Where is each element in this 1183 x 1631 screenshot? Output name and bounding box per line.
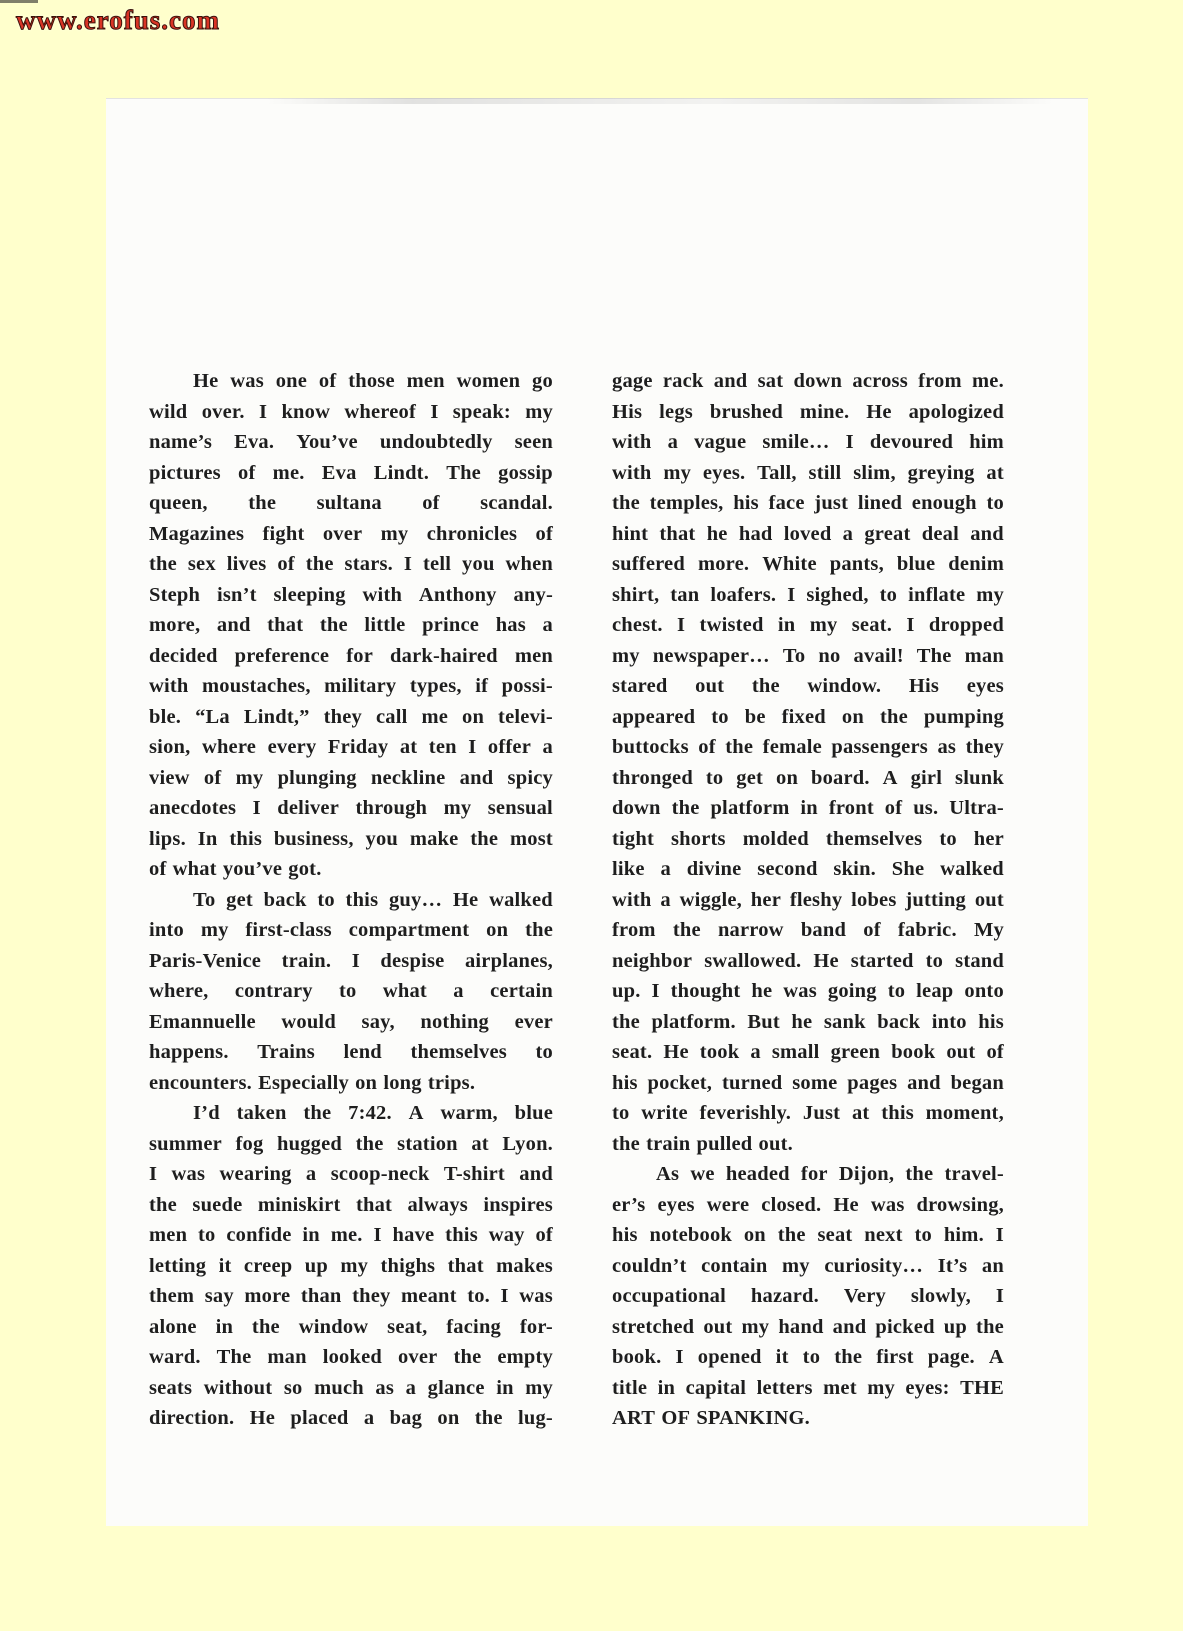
word: lives [227,553,267,576]
word: seen [515,431,553,454]
word: er’s [612,1194,645,1217]
word: he [791,1011,812,1034]
word: thronged [612,767,693,790]
word: twisted [700,614,764,637]
word: I [259,401,267,424]
word: denim [948,553,1004,576]
word: confide [226,1224,291,1247]
word: miniskirt [258,1194,341,1217]
word: Lindt,” [244,706,310,729]
word: fight [263,523,305,546]
word: board. [811,767,870,790]
word: out [975,889,1004,912]
word: to. [467,1285,490,1308]
word: seat. [612,1041,652,1064]
scanner-edge-artifact [0,0,38,3]
word: He [250,1407,275,1430]
word: pictures [149,462,221,485]
word: encounters. [149,1072,252,1095]
word: got. [288,858,321,881]
word: out [946,1041,975,1064]
word: say [205,1285,234,1308]
word: and [970,523,1004,546]
word: He [663,1041,688,1064]
word: first-class [245,919,331,942]
word: ten [429,736,457,759]
word: Steph [149,584,200,607]
word: than [301,1285,342,1308]
word: The [446,462,481,485]
text-line: theplatform.Buthesankbackintohis [612,1011,1004,1042]
word: on [776,767,798,790]
word: one [276,370,307,393]
word: his [733,492,759,515]
word: to [317,889,334,912]
word: his [612,1072,638,1095]
word: temples, [650,492,724,515]
word: get [226,889,253,912]
text-line: Emannuellewouldsay,nothingever [149,1011,553,1042]
word: my [525,1377,553,1400]
word: my [976,584,1004,607]
word: narrow [718,919,784,942]
word: the [320,614,348,637]
word: the [834,1346,862,1369]
word: platform. [651,1011,735,1034]
word: my [663,462,691,485]
word: some [792,1072,837,1095]
word: I [996,1224,1004,1247]
text-line: Togetbacktothisguy…Hewalked [149,889,553,920]
word: possi- [502,675,553,698]
text-line: anecdotesIdeliverthroughmysensual [149,797,553,828]
word: tight [612,828,654,851]
word: my [340,1255,368,1278]
word: smile… [762,431,829,454]
word: He [813,950,838,973]
text-line: sion,whereeveryFridayattenIoffera [149,736,553,767]
word: lobes [851,889,896,912]
text-line: lettingitcreepupmythighsthatmakes [149,1255,553,1286]
word: stars. [345,553,393,576]
word: loved [784,523,832,546]
word: at [986,462,1003,485]
text-line: staredoutthewindow.Hiseyes [612,675,1004,706]
word: train. [282,950,332,973]
word: I [253,797,261,820]
word: hazard. [751,1285,819,1308]
text-line: more,andthatthelittleprincehasa [149,614,553,645]
word: girl [911,767,943,790]
word: to [939,828,956,851]
word: onto [964,980,1004,1003]
word: contrary [235,980,313,1003]
word: wearing [220,1163,292,1186]
word: station [397,1133,458,1156]
word: my [381,523,409,546]
text-line: summerfoghuggedthestationatLyon. [149,1133,553,1164]
word: “La [195,706,230,729]
word: across [852,370,907,393]
word: White [762,553,817,576]
word: sat [758,370,784,393]
word: like [612,858,645,881]
word: into [932,1011,967,1034]
word: ART [612,1407,655,1430]
word: you’ve [223,858,282,881]
word: dropped [929,614,1004,637]
word: always [408,1194,468,1217]
text-line: decidedpreferencefordark-hairedmen [149,645,553,676]
word: swallowed. [704,950,801,973]
word: of [885,797,902,820]
word: the [725,736,753,759]
word: what [383,980,427,1003]
word: the [149,1194,177,1217]
word: wild [149,401,187,424]
word: and [217,614,251,637]
word: on [462,706,484,729]
word: guy… [389,889,442,912]
word: over. [202,401,245,424]
word: in [658,1377,676,1400]
word: of [863,919,880,942]
word: stretched [612,1316,694,1339]
word: anecdotes [149,797,236,820]
word: the [475,1407,503,1430]
word: avail! [854,645,904,668]
word: a [306,1163,316,1186]
word: slunk [955,767,1004,790]
text-line: sufferedmore.Whitepants,bluedenim [612,553,1004,584]
word: have [393,1224,435,1247]
word: His [909,675,939,698]
word: of [422,492,439,515]
word: of [698,736,715,759]
word: SPANKING. [696,1407,810,1430]
word: me. [972,370,1004,393]
word: occupational [612,1285,726,1308]
word: Lindt. [374,462,429,485]
word: was [230,370,264,393]
word: be [745,706,766,729]
word: to [535,1041,552,1064]
text-line: mentoconfideinme.Ihavethiswayof [149,1224,553,1255]
word: drowsing, [917,1194,1004,1217]
text-line: picturesofme.EvaLindt.Thegossip [149,462,553,493]
word: into [149,919,184,942]
word: Tall, [757,462,797,485]
text-line: seat.Hetookasmallgreenbookoutof [612,1041,1004,1072]
text-line: wildover.IknowwhereofIspeak:my [149,401,553,432]
text-line: Hislegsbrushedmine.Heapologized [612,401,1004,432]
word: back [264,889,307,912]
word: sank [824,1011,866,1034]
word: thighs [380,1255,435,1278]
word: them [149,1285,194,1308]
word: as [937,736,956,759]
word: deliver [277,797,339,820]
word: lips. [149,828,186,851]
word: they [324,706,362,729]
text-line: ARTOFSPANKING. [612,1407,1004,1438]
word: Anthony [419,584,497,607]
word: inspires [483,1194,553,1217]
word: sex [188,553,216,576]
word: travel- [945,1163,1004,1186]
word: that [267,614,303,637]
word: devoured [870,431,953,454]
word: 7:42. [348,1102,392,1125]
text-line: Paris-Venicetrain.Idespiseairplanes, [149,950,553,981]
word: fabric. [898,919,957,942]
word: The [917,645,952,668]
word: bag [390,1407,423,1430]
text-line: hisnotebookontheseatnexttohim.I [612,1224,1004,1255]
text-line: seatswithoutsomuchasaglanceinmy [149,1377,553,1408]
word: my [742,1316,770,1339]
word: Emannuelle [149,1011,256,1034]
text-line: fromthenarrowbandoffabric.My [612,919,1004,950]
word: enough [912,492,977,515]
word: vague [694,431,746,454]
word: met [823,1377,857,1400]
word: Eva [322,462,357,485]
word: passengers [831,736,928,759]
word: As [656,1163,679,1186]
word: the [672,797,700,820]
word: of [238,462,255,485]
word: rack [663,370,704,393]
word: the [149,553,177,576]
word: I [404,553,412,576]
word: my [236,767,264,790]
word: Ultra- [949,797,1004,820]
word: placed [290,1407,348,1430]
word: this [229,828,262,851]
word: the [778,1224,806,1247]
word: still [809,462,842,485]
word: through [355,797,427,820]
word: jutting [905,889,966,912]
word: women [457,370,521,393]
word: His [612,401,642,424]
word: band [801,919,846,942]
word: out. [759,1133,793,1156]
text-line: thesexlivesofthestars.Itellyouwhen [149,553,553,584]
word: T-shirt [444,1163,505,1186]
word: the [248,492,276,515]
word: themselves [410,1041,507,1064]
text-line: Stephisn’tsleepingwithAnthonyany- [149,584,553,615]
word: capital [686,1377,747,1400]
word: I [352,950,360,973]
word: female [763,736,822,759]
word: man [267,1346,306,1369]
word: letting [149,1255,206,1278]
word: to [706,767,723,790]
word: my [444,797,472,820]
word: him [969,431,1004,454]
word: get [736,767,763,790]
word: slowly, [911,1285,971,1308]
word: on [486,919,508,942]
word: curiosity… [824,1255,923,1278]
word: was [871,1194,905,1217]
word: fleshy [790,889,842,912]
word: at [852,1102,869,1125]
word: I [373,1224,381,1247]
text-line: queen,thesultanaofscandal. [149,492,553,523]
word: to [880,584,897,607]
text-line: withavaguesmile…Idevouredhim [612,431,1004,462]
word: He [866,401,891,424]
word: for- [520,1316,553,1339]
word: apologized [909,401,1004,424]
word: back [877,1011,920,1034]
word: up. [612,980,641,1003]
word: a [660,889,670,912]
text-line: intomyfirst-classcompartmentonthe [149,919,553,950]
word: that [356,1194,392,1217]
word: scoop-neck [331,1163,430,1186]
word: a [843,523,853,546]
word: a [364,1407,374,1430]
word: stand [955,950,1004,973]
text-line: encounters.Especiallyonlongtrips. [149,1072,553,1103]
word: more [244,1285,290,1308]
word: To [783,645,805,668]
word: Lyon. [502,1133,553,1156]
word: and [907,1072,941,1095]
word: I [787,584,795,607]
text-column-left: Hewasoneofthosemenwomengowildover.Iknoww… [149,370,553,1438]
word: going [828,980,877,1003]
word: the [303,1102,331,1125]
word: was [783,980,817,1003]
word: over [323,523,363,546]
word: had [739,523,773,546]
word: we [690,1163,714,1186]
word: out [695,675,724,698]
word: moustaches, [202,675,311,698]
word: ward. [149,1346,201,1369]
word: dark-haired [390,645,498,668]
word: In [198,828,218,851]
word: skin. [833,858,876,881]
word: long [383,1072,421,1095]
word: view [149,767,190,790]
word: I [652,980,660,1003]
word: empty [497,1346,553,1369]
word: sultana [317,492,382,515]
word: was [172,1163,206,1186]
text-line: neighborswallowed.Hestartedtostand [612,950,1004,981]
word: way [489,1224,525,1247]
word: with [363,584,403,607]
word: for [801,1163,828,1186]
word: molded [743,828,809,851]
word: an [982,1255,1004,1278]
text-line: thesuedeminiskirtthatalwaysinspires [149,1194,553,1225]
text-line: Magazinesfightovermychroniclesof [149,523,553,554]
word: suede [192,1194,242,1217]
word: leap [916,980,953,1003]
word: where, [149,980,208,1003]
word: the [453,1346,481,1369]
word: just [814,492,848,515]
word: man [965,645,1004,668]
word: in [800,797,818,820]
word: as [375,1377,394,1400]
book-page: Hewasoneofthosemenwomengowildover.Iknoww… [106,98,1088,1526]
word: to [612,1102,629,1125]
word: lend [344,1041,382,1064]
word: those [348,370,395,393]
word: blue [897,553,935,576]
word: my [867,1377,895,1400]
word: alone [149,1316,197,1339]
word: men [407,370,445,393]
word: of [986,1041,1003,1064]
word: to [915,1224,932,1247]
word: my [525,401,553,424]
word: couldn’t [612,1255,687,1278]
word: us. [913,797,938,820]
word: wiggle, [680,889,742,912]
text-line: shirt,tanloafers.Isighed,toinflatemy [612,584,1004,615]
word: know [281,401,330,424]
word: with [612,889,652,912]
word: My [974,919,1004,942]
word: Paris-Venice [149,950,261,973]
word: appeared [612,706,695,729]
word: I [996,1285,1004,1308]
word: title [612,1377,647,1400]
word: But [747,1011,780,1034]
text-line: withmyeyes.Tall,stillslim,greyingat [612,462,1004,493]
word: down [794,370,843,393]
word: pumping [924,706,1004,729]
word: contain [701,1255,767,1278]
word: certain [490,980,553,1003]
word: queen, [149,492,208,515]
word: headed [726,1163,790,1186]
word: walked [940,858,1004,881]
text-line: book.Iopenedittothefirstpage.A [612,1346,1004,1377]
word: hand [778,1316,823,1339]
word: Just [803,1102,840,1125]
word: more, [149,614,200,637]
text-line: withmoustaches,militarytypes,ifpossi- [149,675,553,706]
word: notebook [650,1224,732,1247]
word: the [356,1133,384,1156]
word: me. [331,1224,363,1247]
word: first [876,1346,913,1369]
word: hint [612,523,648,546]
word: happens. [149,1041,229,1064]
text-line: thetemples,hisfacejustlinedenoughto [612,492,1004,523]
word: they [352,1285,390,1308]
word: nothing [420,1011,489,1034]
word: legs [659,401,693,424]
word: ever [515,1011,553,1034]
word: it [219,1255,232,1278]
text-line: throngedtogetonboard.Agirlslunk [612,767,1004,798]
text-line: ble.“LaLindt,”theycallmeontelevi- [149,706,553,737]
word: a [406,1377,416,1400]
word: the [525,919,553,942]
